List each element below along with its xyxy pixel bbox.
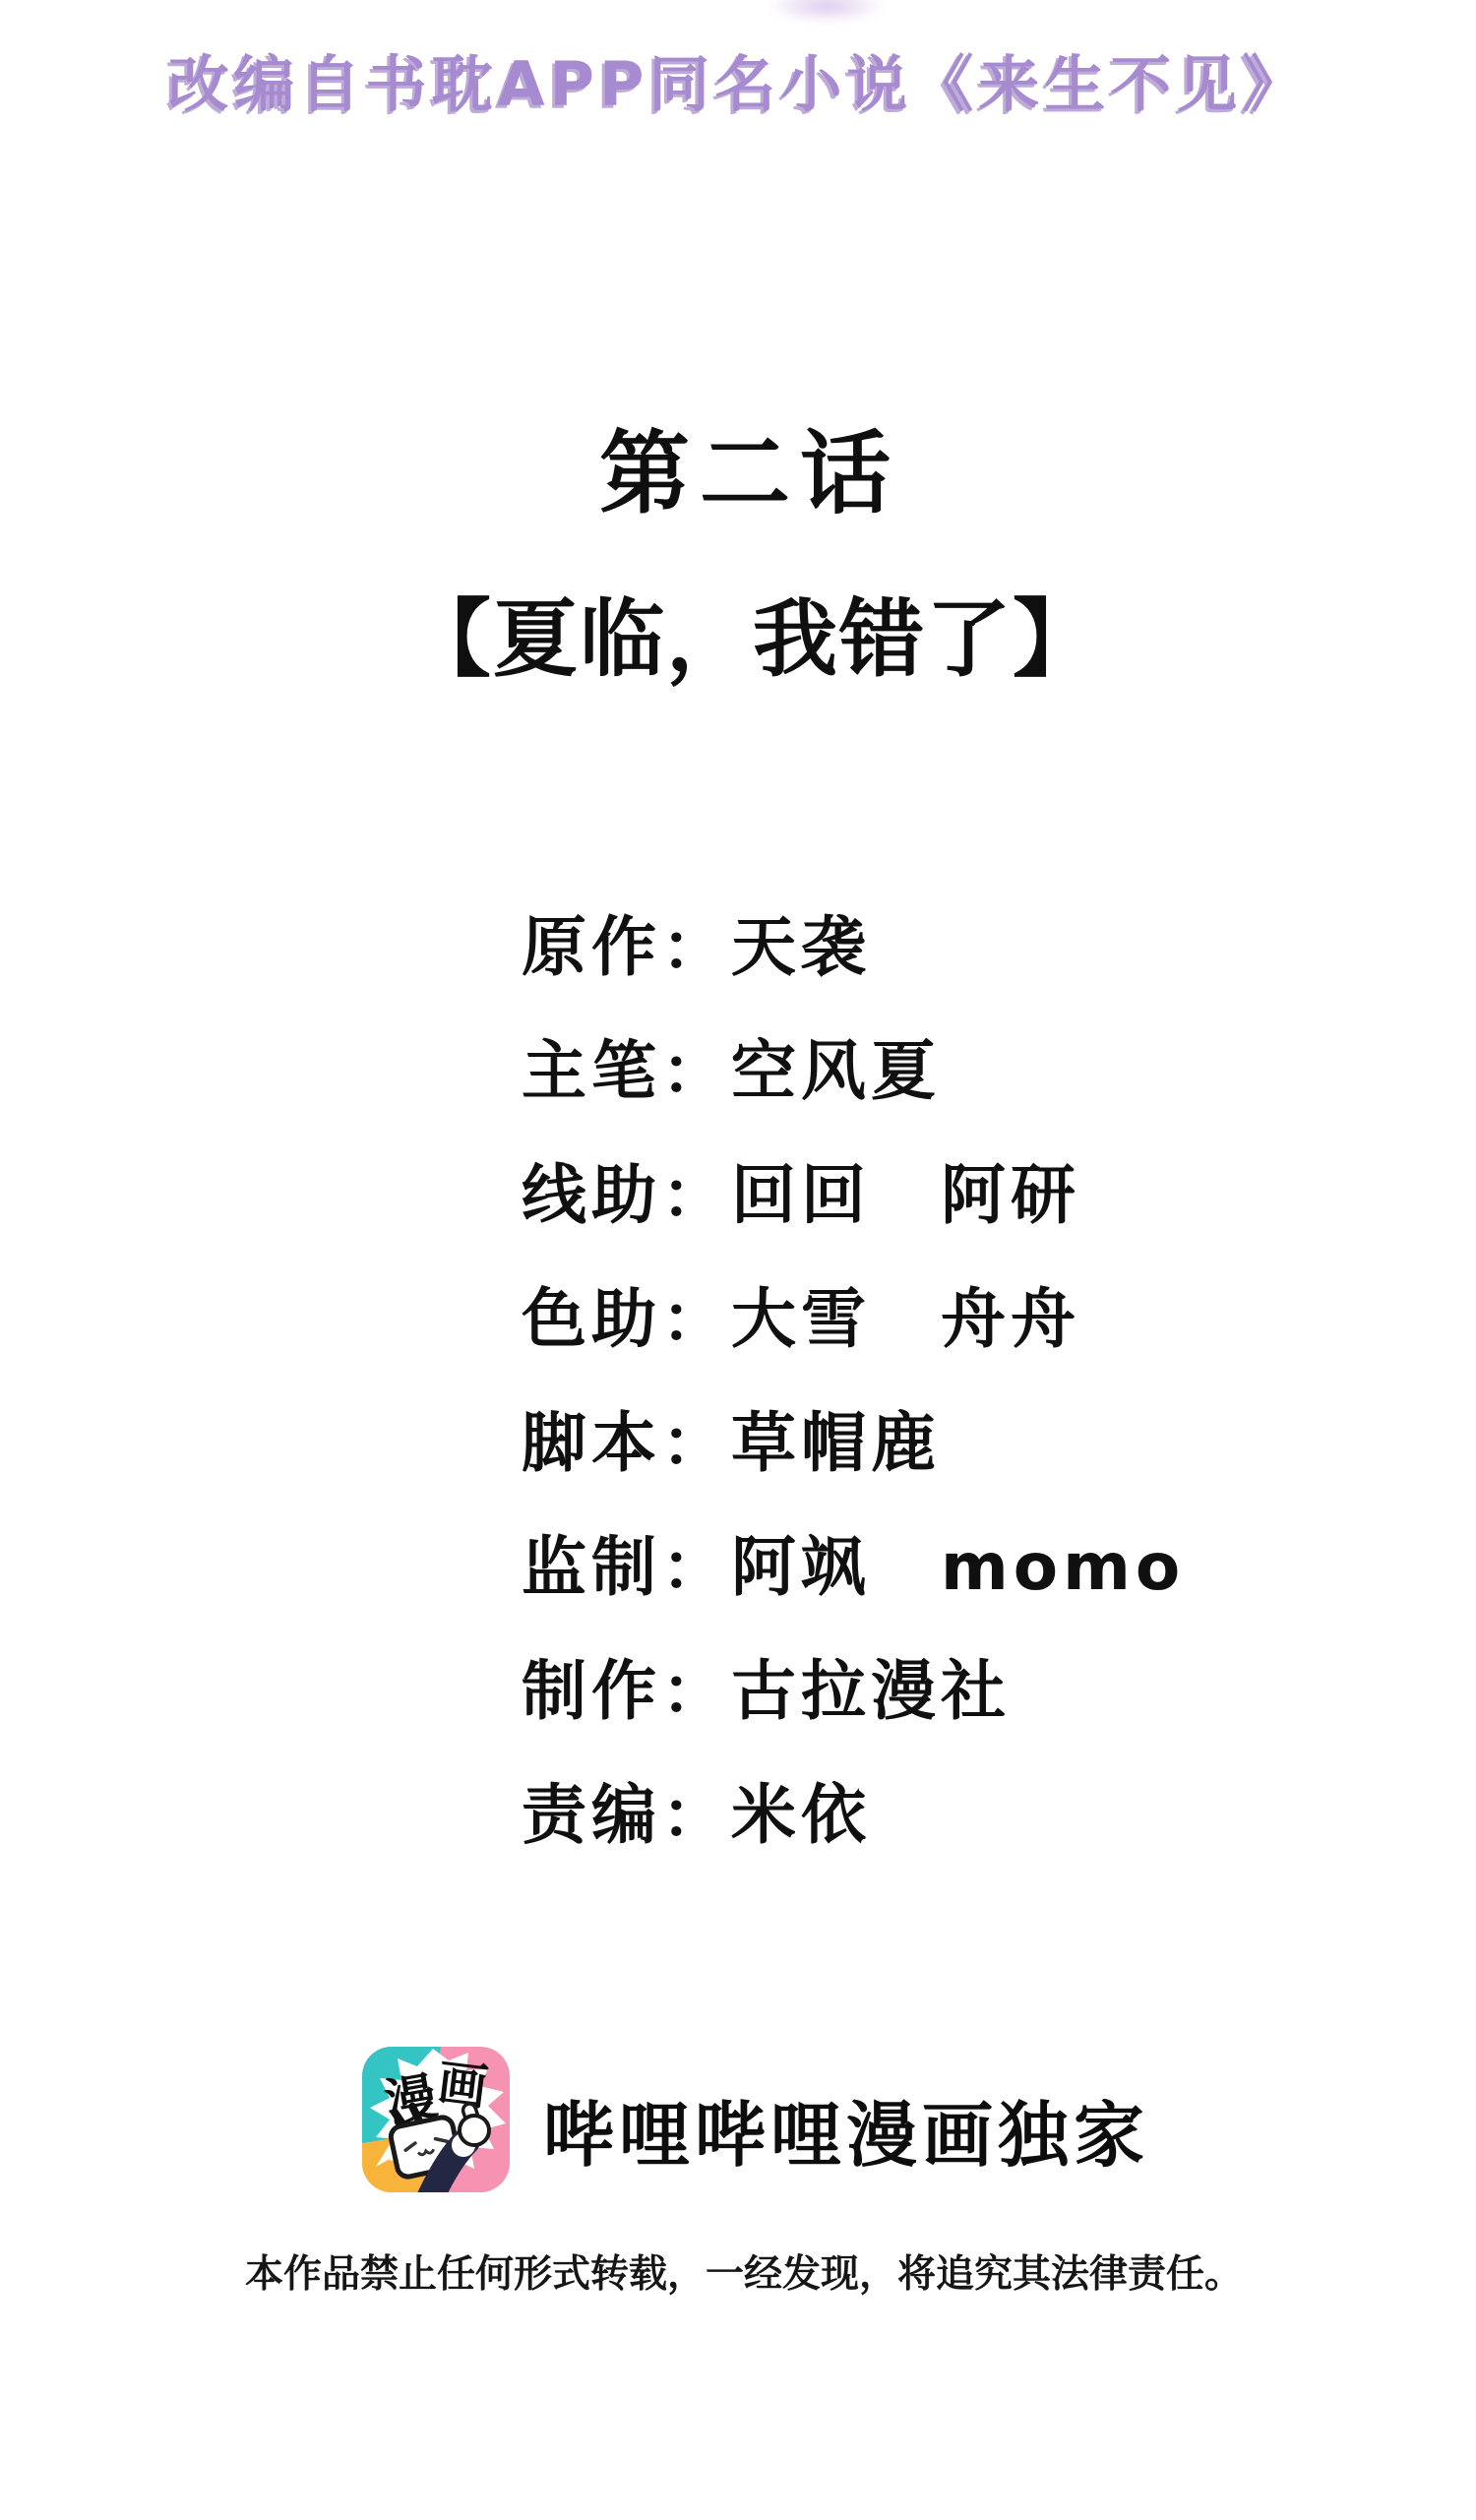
chapter-subtitle: 【夏临，我错了】 [0,571,1476,693]
top-artwork-smudge [768,0,886,24]
credit-role: 脚本 [522,1405,661,1481]
credit-names: 天袭 [731,909,871,985]
credit-colon: ： [661,1529,731,1605]
credit-role: 线助 [522,1157,661,1233]
credit-colon: ： [661,1405,731,1481]
credit-role: 监制 [522,1529,661,1605]
credit-names: 古拉漫社 [731,1653,1011,1729]
credit-colon: ： [661,1777,731,1853]
chapter-title: 第二话 [0,401,1476,531]
credit-names: 草帽鹿 [731,1405,941,1481]
credit-role: 主笔 [522,1033,661,1109]
credit-row-line-assist: 线助：回回 阿研 [522,1134,1185,1258]
credit-colon: ： [661,1281,731,1357]
credits-list: 原作：天袭 主笔：空风夏 线助：回回 阿研 色助：大雪 舟舟 脚本：草帽鹿 监制… [522,886,1185,1877]
credit-role: 色助 [522,1281,661,1357]
credit-names: 回回 阿研 [731,1157,1080,1233]
credit-colon: ： [661,1157,731,1233]
credit-role: 制作 [522,1653,661,1729]
credit-names: 阿飒 momo [731,1529,1185,1605]
credit-role: 责编 [522,1777,661,1853]
adaptation-note: 改编自书耽APP同名小说《来生不见》 [0,35,1476,123]
platform-exclusive-label: 哔哩哔哩漫画独家 [543,2078,1149,2181]
comic-credits-page: 改编自书耽APP同名小说《来生不见》 第二话 【夏临，我错了】 原作：天袭 主笔… [0,0,1476,2520]
credit-names: 空风夏 [731,1033,941,1109]
credit-row-editor: 责编：米依 [522,1753,1185,1877]
credit-role: 原作 [522,909,661,985]
credit-colon: ： [661,909,731,985]
credit-row-lead-artist: 主笔：空风夏 [522,1010,1185,1134]
credit-colon: ： [661,1653,731,1729]
credit-row-color-assist: 色助：大雪 舟舟 [522,1258,1185,1382]
credit-row-production: 制作：古拉漫社 [522,1629,1185,1753]
bilibili-manga-logo-icon: 漫 画 [362,2047,510,2192]
credit-names: 大雪 舟舟 [731,1281,1080,1357]
copyright-disclaimer: 本作品禁止任何形式转载，一经发现，将追究其法律责任。 [0,2243,1476,2299]
credit-row-supervisor: 监制：阿飒 momo [522,1506,1185,1629]
credit-row-original-author: 原作：天袭 [522,886,1185,1010]
credit-colon: ： [661,1033,731,1109]
credit-names: 米依 [731,1777,871,1853]
credit-row-script: 脚本：草帽鹿 [522,1382,1185,1506]
